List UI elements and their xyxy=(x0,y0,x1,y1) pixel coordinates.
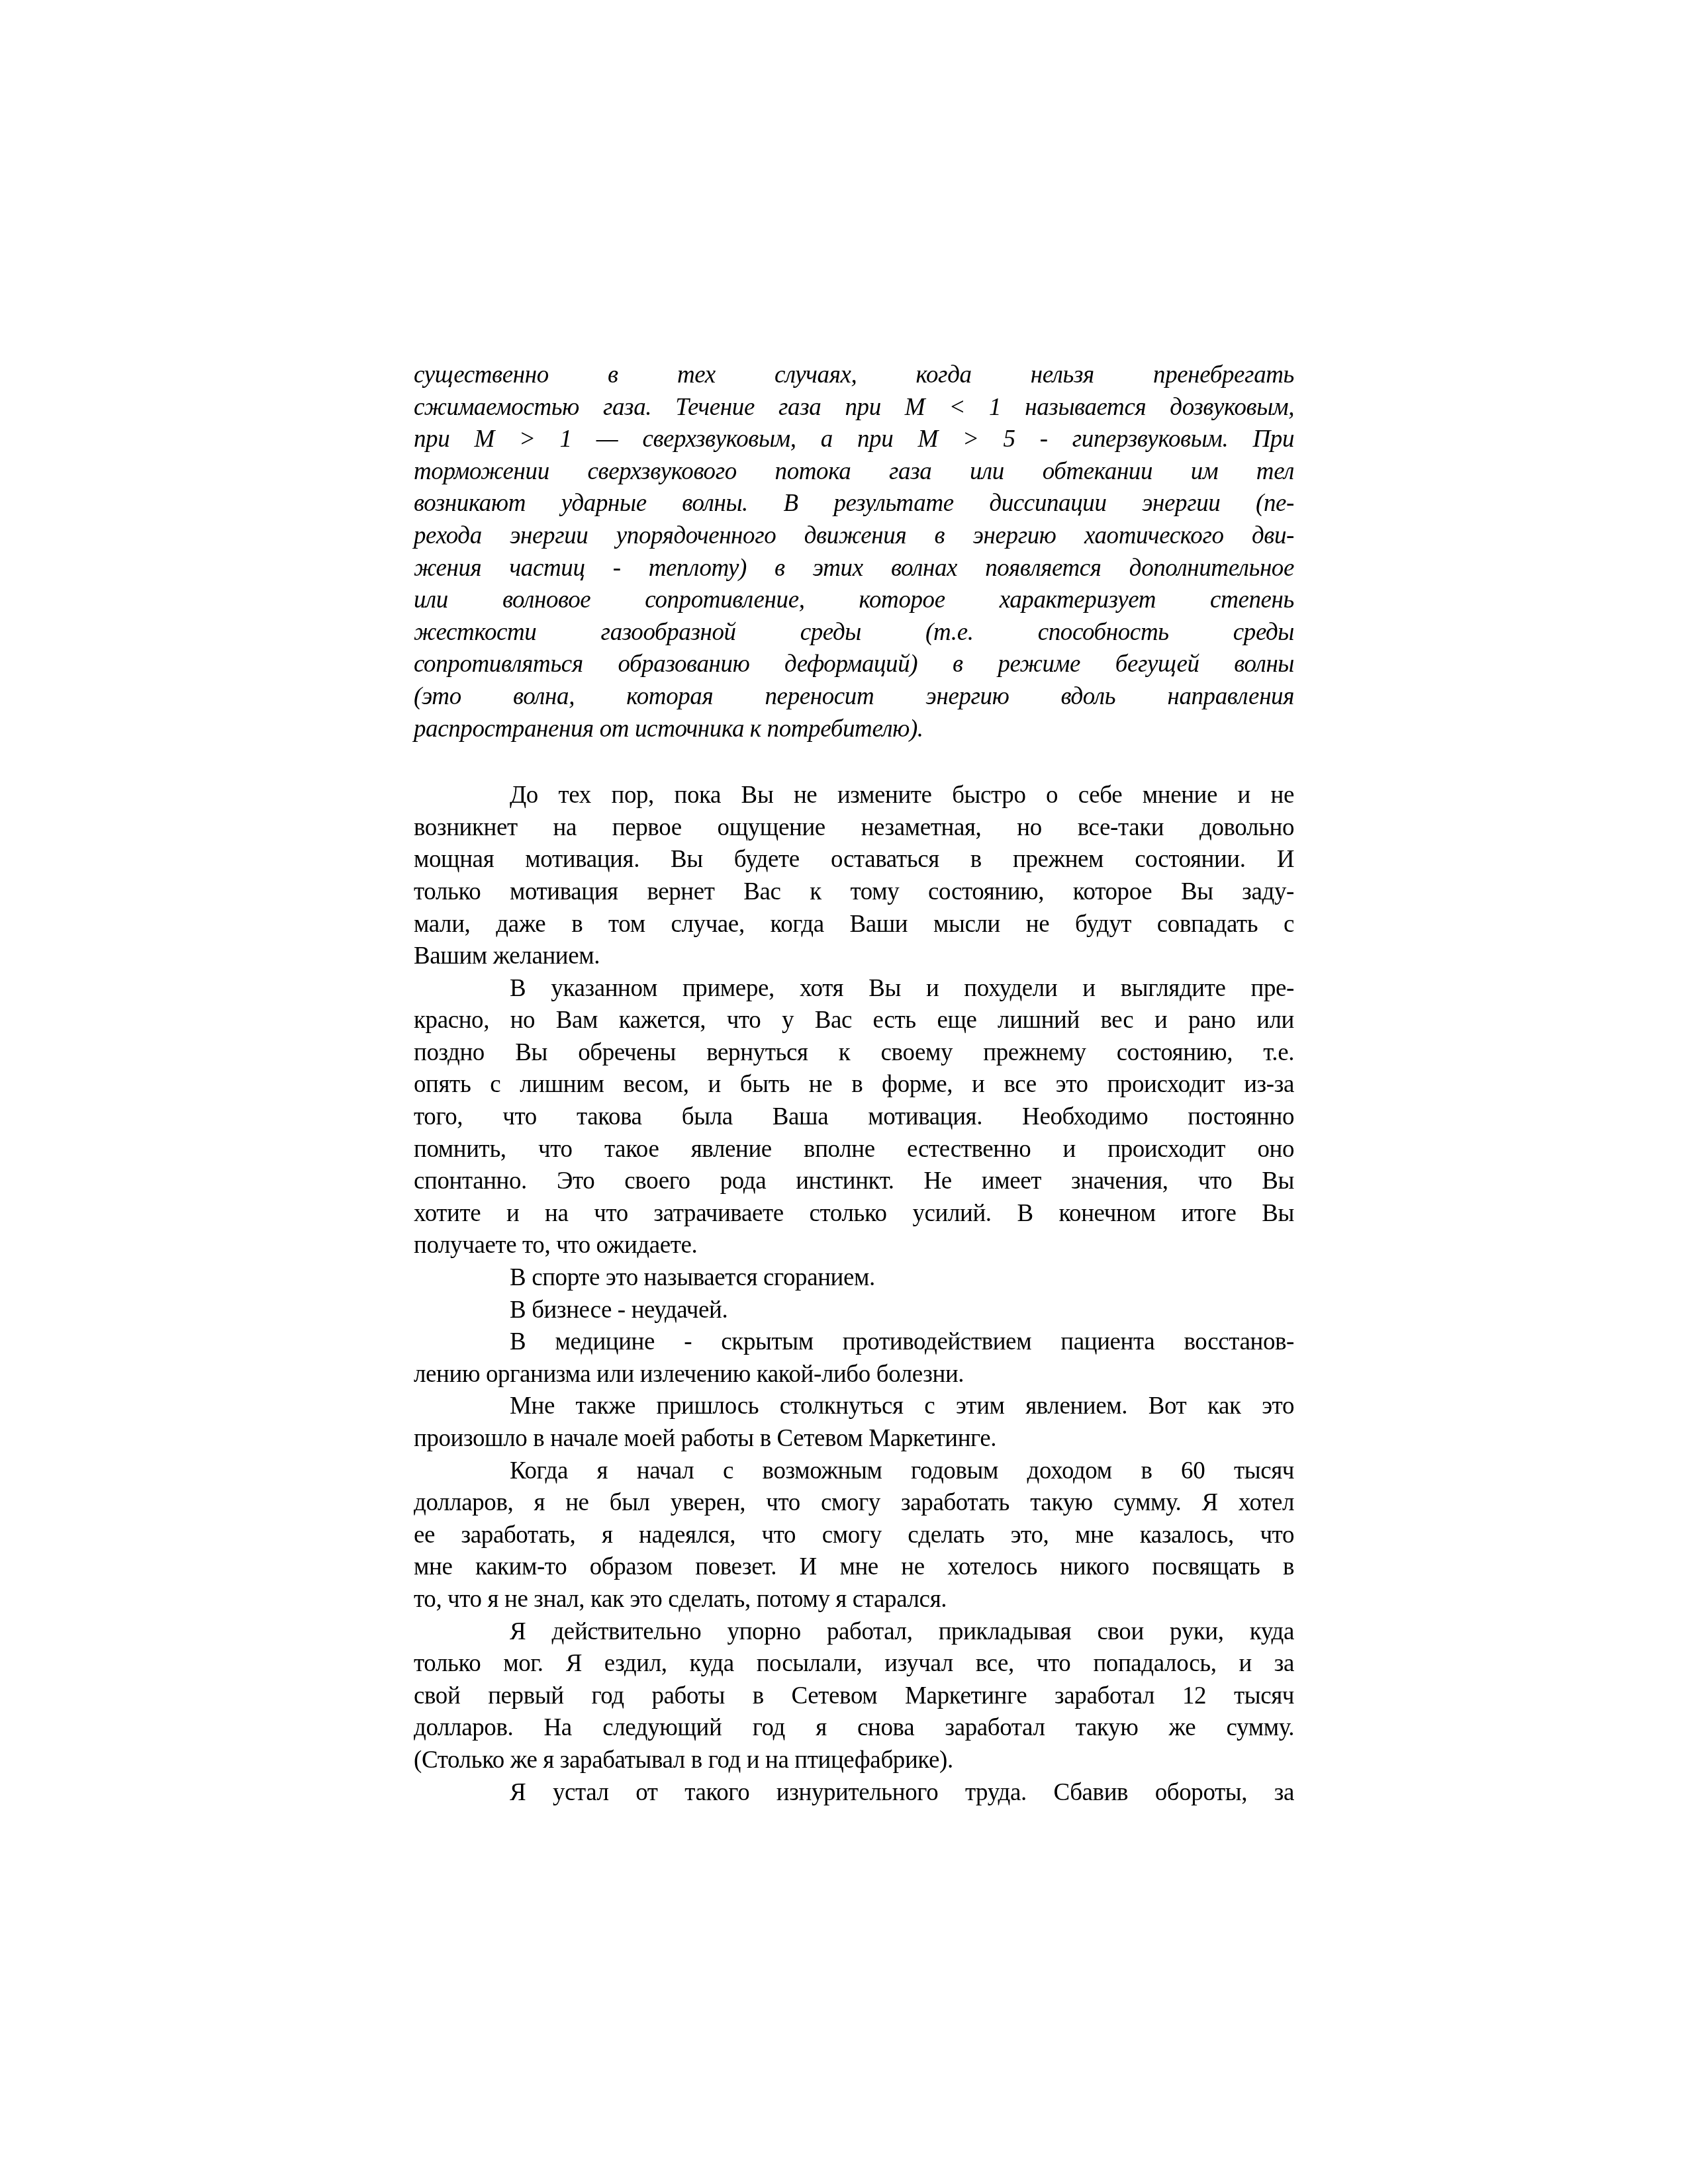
text-line: сжимаемостью газа. Течение газа при М < … xyxy=(414,392,1294,424)
text-line: До тех пор, пока Вы не измените быстро о… xyxy=(414,780,1294,812)
text-line: (Столько же я зарабатывал в год и на пти… xyxy=(414,1745,1294,1777)
text-line: поздно Вы обречены вернуться к своему пр… xyxy=(414,1037,1294,1069)
text-line: долларов. На следующий год я снова зараб… xyxy=(414,1712,1294,1745)
text-line: красно, но Вам кажется, что у Вас есть е… xyxy=(414,1005,1294,1037)
text-line: возникнет на первое ощущение незаметная,… xyxy=(414,812,1294,844)
text-line: жесткости газообразной среды (т.е. спосо… xyxy=(414,617,1294,649)
paragraph-7: Мне также пришлось столкнуться с этим яв… xyxy=(414,1390,1294,1455)
text-line: распространения от источника к потребите… xyxy=(414,713,1294,746)
paragraph-8: Когда я начал с возможным годовым доходо… xyxy=(414,1455,1294,1616)
text-line: произошло в начале моей работы в Сетевом… xyxy=(414,1423,1294,1455)
text-line: мали, даже в том случае, когда Ваши мысл… xyxy=(414,909,1294,941)
paragraph-5: В бизнесе - неудачей. xyxy=(414,1295,1294,1327)
text-line: только мотивация вернет Вас к тому состо… xyxy=(414,876,1294,909)
text-line: опять с лишним весом, и быть не в форме,… xyxy=(414,1069,1294,1101)
text-line: того, что такова была Ваша мотивация. Не… xyxy=(414,1101,1294,1134)
text-line: хотите и на что затрачиваете столько уси… xyxy=(414,1198,1294,1230)
text-line: В медицине - скрытым противодействием па… xyxy=(414,1326,1294,1359)
paragraph-4: В спорте это называется сгоранием. xyxy=(414,1262,1294,1295)
text-line: свой первый год работы в Сетевом Маркети… xyxy=(414,1680,1294,1713)
text-line: Вашим желанием. xyxy=(414,940,1294,973)
text-line: лению организма или излечению какой-либо… xyxy=(414,1359,1294,1391)
text-line: Мне также пришлось столкнуться с этим яв… xyxy=(414,1390,1294,1423)
document-page: существенно в тех случаях, когда нельзя … xyxy=(0,0,1688,2184)
text-line: только мог. Я ездил, куда посылали, изуч… xyxy=(414,1648,1294,1680)
text-line: долларов, я не был уверен, что смогу зар… xyxy=(414,1487,1294,1520)
text-line: В бизнесе - неудачей. xyxy=(414,1295,1294,1327)
text-line: мне каким-то образом повезет. И мне не х… xyxy=(414,1551,1294,1584)
text-line: то, что я не знал, как это сделать, пото… xyxy=(414,1584,1294,1616)
paragraph-10: Я устал от такого изнурительного труда. … xyxy=(414,1777,1294,1809)
text-line: торможении сверхзвукового потока газа ил… xyxy=(414,456,1294,488)
text-line: В спорте это называется сгоранием. xyxy=(414,1262,1294,1295)
paragraph-9: Я действительно упорно работал, приклады… xyxy=(414,1616,1294,1777)
text-line: или волновое сопротивление, которое хара… xyxy=(414,584,1294,617)
paragraph-6: В медицине - скрытым противодействием па… xyxy=(414,1326,1294,1390)
text-line: мощная мотивация. Вы будете оставаться в… xyxy=(414,844,1294,876)
text-line: сопротивляться образованию деформаций) в… xyxy=(414,649,1294,681)
text-line: при М > 1 — сверхзвуковым, а при М > 5 -… xyxy=(414,424,1294,456)
text-line: Когда я начал с возможным годовым доходо… xyxy=(414,1455,1294,1488)
paragraph-1: существенно в тех случаях, когда нельзя … xyxy=(414,359,1294,745)
text-line: (это волна, которая переносит энергию вд… xyxy=(414,681,1294,713)
text-line: существенно в тех случаях, когда нельзя … xyxy=(414,359,1294,392)
document-text: существенно в тех случаях, когда нельзя … xyxy=(414,359,1294,1809)
text-line: Я устал от такого изнурительного труда. … xyxy=(414,1777,1294,1809)
text-line: спонтанно. Это своего рода инстинкт. Не … xyxy=(414,1165,1294,1198)
paragraph-2: До тех пор, пока Вы не измените быстро о… xyxy=(414,780,1294,973)
text-line: Я действительно упорно работал, приклады… xyxy=(414,1616,1294,1649)
paragraph-3: В указанном примере, хотя Вы и похудели … xyxy=(414,973,1294,1262)
text-line: помнить, что такое явление вполне естест… xyxy=(414,1134,1294,1166)
text-line: ее заработать, я надеялся, что смогу сде… xyxy=(414,1520,1294,1552)
text-line: рехода энергии упорядоченного движения в… xyxy=(414,520,1294,553)
text-line: В указанном примере, хотя Вы и похудели … xyxy=(414,973,1294,1005)
text-line: жения частиц - теплоту) в этих волнах по… xyxy=(414,553,1294,585)
text-line: возникают ударные волны. В результате ди… xyxy=(414,488,1294,520)
text-line: получаете то, что ожидаете. xyxy=(414,1230,1294,1262)
